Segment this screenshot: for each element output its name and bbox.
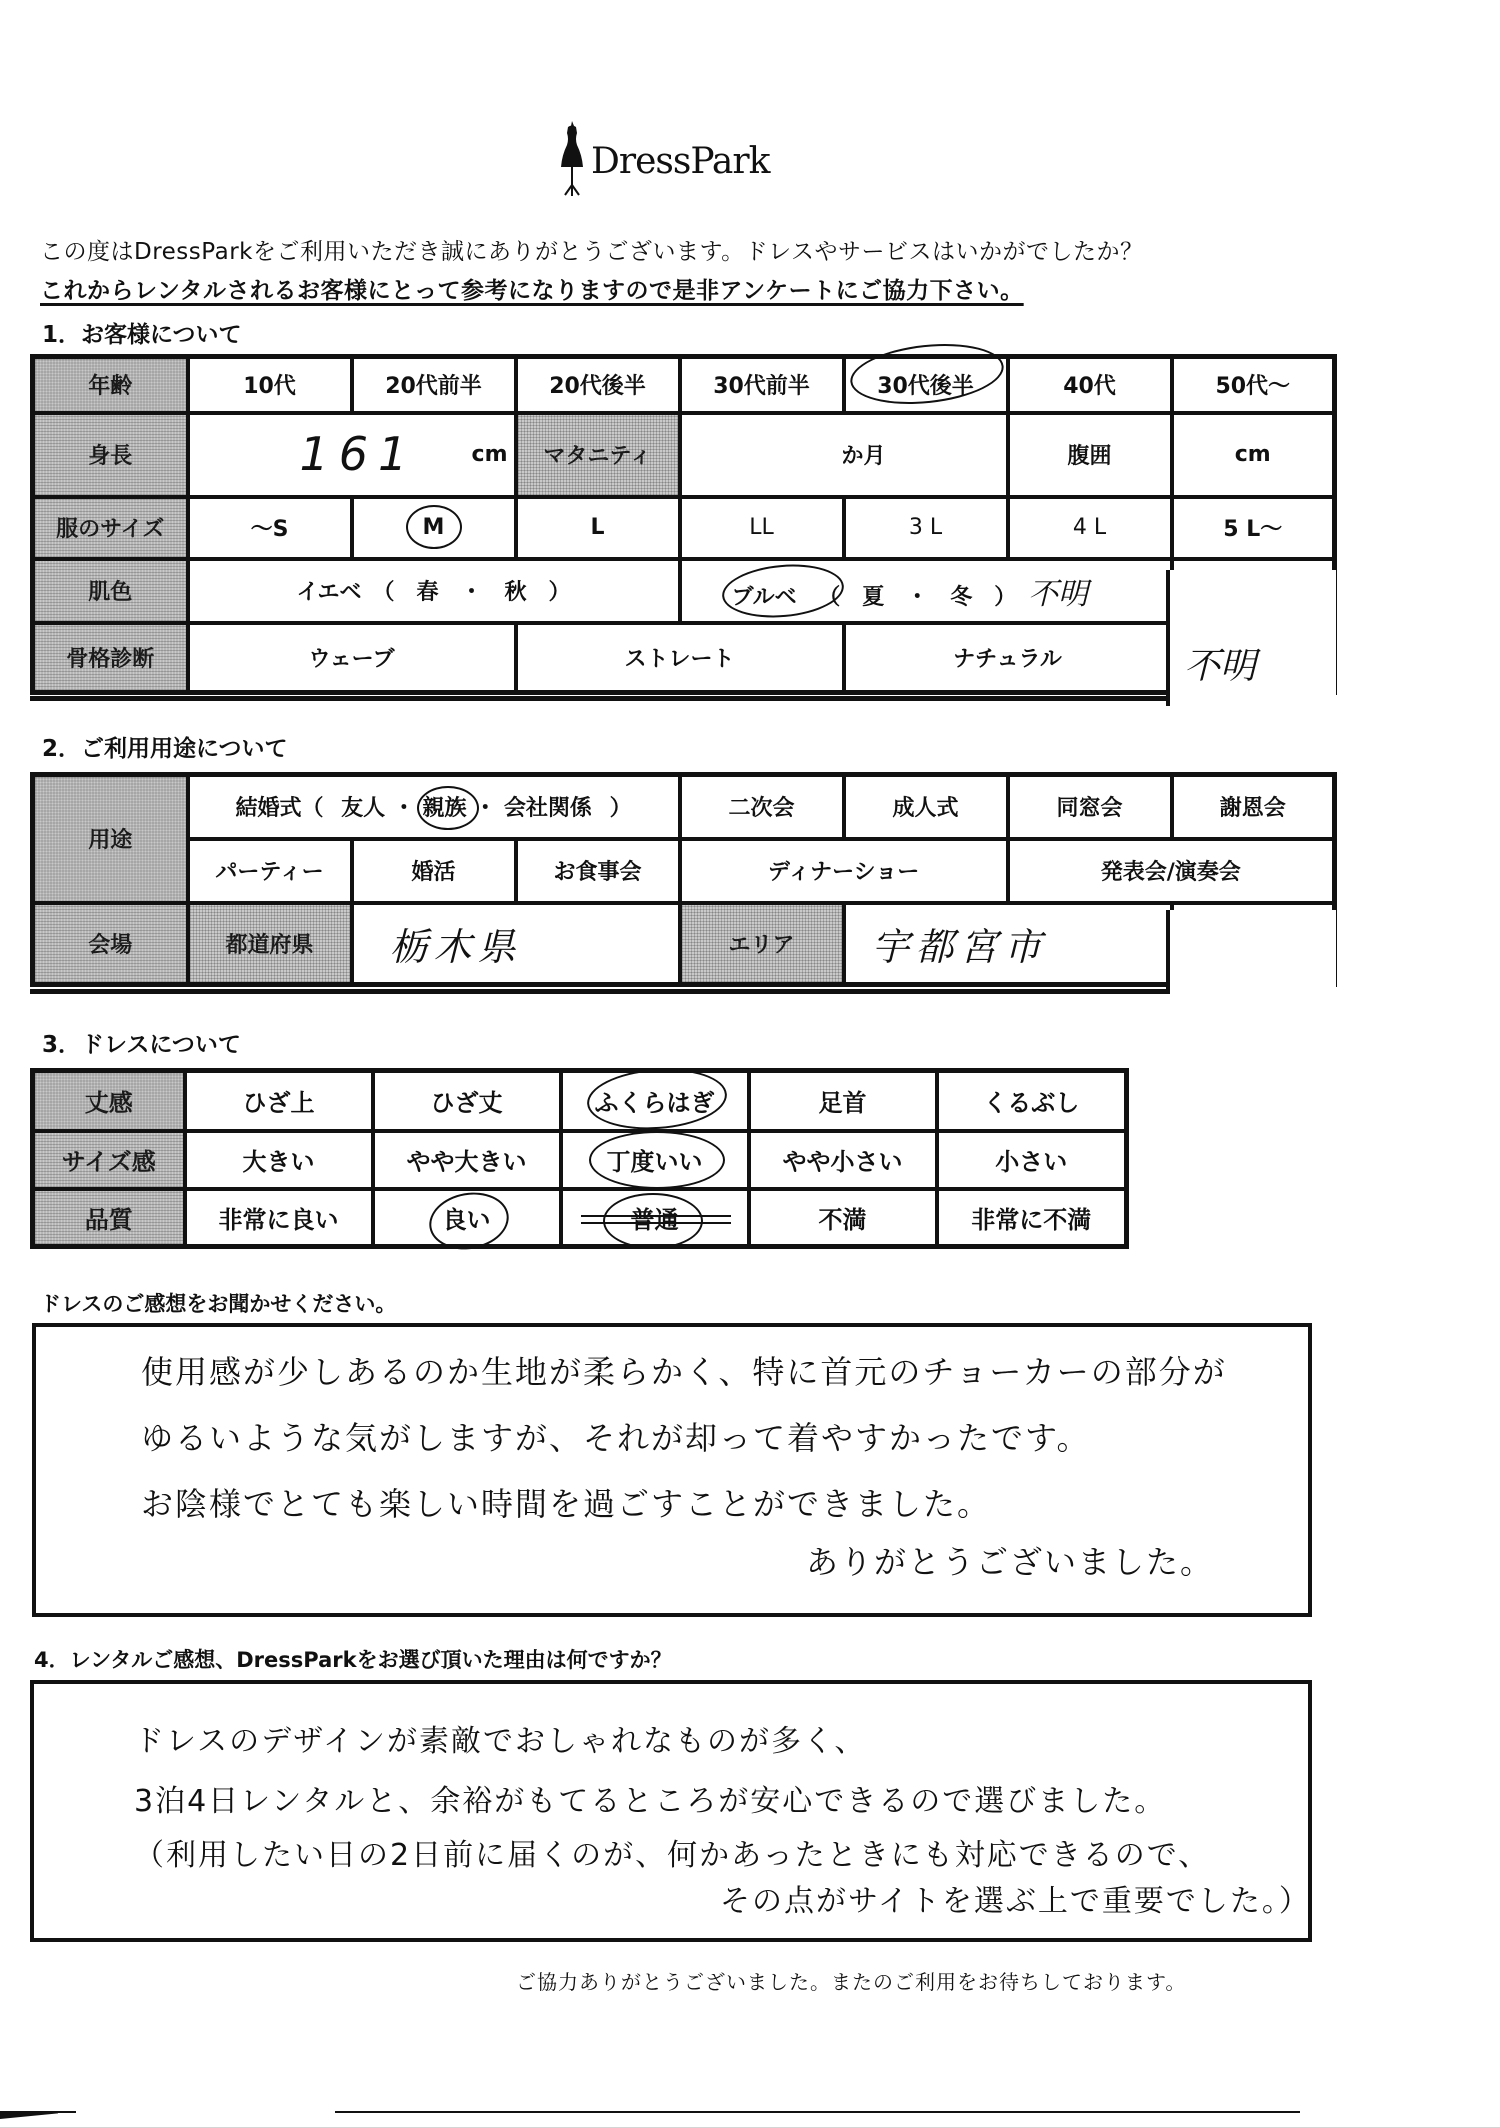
wedding-suffix: ）	[610, 796, 632, 821]
section3-heading: 3．ドレスについて	[42, 1026, 241, 1059]
quality-row: 品質 非常に良い 良い 普通 不満 非常に不満	[33, 1189, 1127, 1247]
usage-option[interactable]: ディナーショー	[680, 839, 1008, 903]
frame-option[interactable]: ウェーブ	[188, 623, 516, 693]
dress-form-icon	[555, 119, 589, 197]
quality-option-label: 良い	[443, 1206, 491, 1234]
skin-yellow-option[interactable]: イエベ （ 春 ・ 秋 ）	[188, 559, 680, 623]
fit-option-selected[interactable]: 丁度いい	[561, 1131, 749, 1189]
usage-option[interactable]: 発表会/演奏会	[1008, 839, 1335, 903]
age-option[interactable]: 30代前半	[680, 357, 844, 413]
intro-request: これからレンタルされるお客様にとって参考になりますので是非アンケートにご協力下さ…	[40, 272, 1024, 305]
wedding-prefix: 結婚式（	[235, 796, 323, 821]
height-value: 161	[300, 427, 418, 481]
age-option[interactable]: 10代	[188, 357, 352, 413]
age-option-selected[interactable]: 30代後半	[844, 357, 1008, 413]
reason-line: その点がサイトを選ぶ上で重要でした。）	[720, 1876, 1311, 1920]
maternity-field[interactable]: か月	[680, 413, 1008, 497]
fit-row: サイズ感 大きい やや大きい 丁度いい やや小さい 小さい	[33, 1131, 1127, 1189]
fit-option[interactable]: 小さい	[937, 1131, 1127, 1189]
size-row: 服のサイズ ～S M L LL 3 L 4 L 5 L～	[33, 497, 1335, 559]
wedding-friend[interactable]: 友人	[341, 796, 385, 821]
size-label: 服のサイズ	[33, 497, 188, 559]
age-option[interactable]: 50代～	[1172, 357, 1335, 413]
usage-row-1: 用途 結婚式（ 友人 ・ 親族 ・ 会社関係 ） 二次会 成人式 同窓会 謝恩会	[33, 775, 1335, 839]
dress-table: 丈感 ひざ上 ひざ丈 ふくらはぎ 足首 くるぶし サイズ感 大きい やや大きい …	[30, 1068, 1129, 1249]
frame-option[interactable]: ナチュラル	[844, 623, 1172, 693]
length-option[interactable]: ひざ上	[185, 1071, 373, 1131]
fit-option-label: 丁度いい	[607, 1148, 703, 1176]
reason-line: ドレスのデザインが素敵でおしゃれなものが多く、	[134, 1716, 866, 1760]
wedding-option[interactable]: 結婚式（ 友人 ・ 親族 ・ 会社関係 ）	[188, 775, 680, 839]
reason-box[interactable]: ドレスのデザインが素敵でおしゃれなものが多く、 3泊4日レンタルと、余裕がもてる…	[30, 1680, 1312, 1942]
table-bottom-border	[30, 989, 1170, 994]
bottom-rule	[58, 2111, 76, 2113]
usage-label: 用途	[33, 775, 188, 903]
quality-option[interactable]: 不満	[749, 1189, 937, 1247]
waist-label: 腹囲	[1008, 413, 1172, 497]
venue-label: 会場	[33, 903, 188, 985]
length-row: 丈感 ひざ上 ひざ丈 ふくらはぎ 足首 くるぶし	[33, 1071, 1127, 1131]
waist-unit: cm	[1235, 442, 1271, 467]
skin-row: 肌色 イエベ （ 春 ・ 秋 ） ブルベ （ 夏 ・ 冬 ） 不明	[33, 559, 1335, 623]
waist-field[interactable]: cm	[1172, 413, 1335, 497]
skin-blue-option[interactable]: ブルベ （ 夏 ・ 冬 ） 不明	[680, 559, 1172, 623]
size-option[interactable]: 4 L	[1008, 497, 1172, 559]
dresspark-logo: DressPark	[555, 118, 795, 198]
length-option-selected[interactable]: ふくらはぎ	[561, 1071, 749, 1131]
usage-option[interactable]: 婚活	[352, 839, 516, 903]
usage-option[interactable]: パーティー	[188, 839, 352, 903]
quality-option-label: 普通	[631, 1206, 679, 1234]
quality-option-selected[interactable]: 良い	[373, 1189, 561, 1247]
table-bottom-border	[30, 696, 1170, 701]
size-option[interactable]: ～S	[188, 497, 352, 559]
brand-name: DressPark	[591, 141, 769, 182]
quality-option-struck[interactable]: 普通	[561, 1189, 749, 1247]
skin-label: 肌色	[33, 559, 188, 623]
length-option-label: ふくらはぎ	[595, 1089, 715, 1117]
age-option[interactable]: 40代	[1008, 357, 1172, 413]
prefecture-field[interactable]: 栃木県	[352, 903, 680, 985]
usage-row-2: パーティー 婚活 お食事会 ディナーショー 発表会/演奏会	[33, 839, 1335, 903]
comment-line: お陰様でとても楽しい時間を過ごすことができました。	[141, 1479, 991, 1525]
footer-thanks: ご協力ありがとうございました。またのご利用をお待ちしております。	[516, 1966, 1186, 1995]
table-edge-mask: 不明	[1166, 570, 1336, 706]
section1-heading: 1．お客様について	[42, 316, 242, 349]
fit-option[interactable]: やや小さい	[749, 1131, 937, 1189]
height-label: 身長	[33, 413, 188, 497]
size-option[interactable]: L	[516, 497, 680, 559]
comments-box[interactable]: 使用感が少しあるのか生地が柔らかく、特に首元のチョーカーの部分が ゆるいような気…	[32, 1323, 1312, 1617]
length-option[interactable]: 足首	[749, 1071, 937, 1131]
age-row: 年齢 10代 20代前半 20代後半 30代前半 30代後半 40代 50代～	[33, 357, 1335, 413]
separator: ・	[393, 796, 415, 821]
length-label: 丈感	[33, 1071, 185, 1131]
strike-line	[581, 1222, 731, 1224]
prefecture-label: 都道府県	[188, 903, 352, 985]
size-option-label: M	[423, 515, 445, 540]
comment-line: 使用感が少しあるのか生地が柔らかく、特に首元のチョーカーの部分が	[141, 1347, 1227, 1393]
quality-option[interactable]: 非常に良い	[185, 1189, 373, 1247]
venue-row: 会場 都道府県 栃木県 エリア 宇都宮市	[33, 903, 1335, 985]
length-option[interactable]: ひざ丈	[373, 1071, 561, 1131]
age-option[interactable]: 20代後半	[516, 357, 680, 413]
fit-option[interactable]: 大きい	[185, 1131, 373, 1189]
section2-heading: 2．ご利用用途について	[42, 730, 288, 763]
reason-line: （利用したい日の2日前に届くのが、何かあったときにも対応できるので、	[134, 1830, 1210, 1874]
usage-option[interactable]: お食事会	[516, 839, 680, 903]
skin-blue-seasons: （ 夏 ・ 冬 ）	[818, 585, 1016, 610]
usage-table: 用途 結婚式（ 友人 ・ 親族 ・ 会社関係 ） 二次会 成人式 同窓会 謝恩会…	[30, 772, 1337, 987]
skin-blue-label: ブルベ	[732, 585, 797, 610]
maternity-unit: か月	[841, 444, 885, 469]
size-option-selected[interactable]: M	[352, 497, 516, 559]
skin-note: 不明	[1028, 577, 1088, 612]
height-unit: cm	[472, 442, 508, 467]
maternity-label: マタニティ	[516, 413, 680, 497]
customer-info-table: 年齢 10代 20代前半 20代後半 30代前半 30代後半 40代 50代～ …	[30, 354, 1337, 695]
length-option[interactable]: くるぶし	[937, 1071, 1127, 1131]
reason-line: 3泊4日レンタルと、余裕がもてるところが安心できるので選びました。	[134, 1776, 1166, 1820]
wedding-family-selected[interactable]: 親族	[423, 796, 475, 821]
scan-edge-mark	[0, 2111, 58, 2119]
area-label: エリア	[680, 903, 844, 985]
table-edge-mask	[1166, 910, 1336, 994]
usage-option[interactable]: 成人式	[844, 775, 1008, 839]
prefecture-value: 栃木県	[390, 925, 522, 969]
comments-heading: ドレスのご感想をお聞かせください。	[40, 1288, 396, 1318]
usage-option[interactable]: 謝恩会	[1172, 775, 1335, 839]
size-option[interactable]: 3 L	[844, 497, 1008, 559]
frame-label: 骨格診断	[33, 623, 188, 693]
fit-option[interactable]: やや大きい	[373, 1131, 561, 1189]
age-option-label: 30代後半	[877, 374, 974, 399]
frame-option[interactable]: ストレート	[516, 623, 844, 693]
quality-option[interactable]: 非常に不満	[937, 1189, 1127, 1247]
wedding-family: 親族	[423, 796, 467, 821]
comment-line: ゆるいような気がしますが、それが却って着やすかったです。	[141, 1413, 1090, 1459]
wedding-company[interactable]: 会社関係	[504, 796, 592, 821]
strike-line	[581, 1215, 731, 1217]
separator: ・	[474, 796, 496, 821]
intro-thanks: この度はDressParkをご利用いただき誠にありがとうございます。ドレスやサー…	[40, 233, 1143, 266]
bottom-rule	[800, 2111, 1300, 2113]
age-label: 年齢	[33, 357, 188, 413]
age-option[interactable]: 20代前半	[352, 357, 516, 413]
size-option[interactable]: 5 L～	[1172, 497, 1335, 559]
frame-note-text: 不明	[1184, 638, 1256, 689]
usage-option[interactable]: 二次会	[680, 775, 844, 839]
comment-line: ありがとうございました。	[806, 1537, 1214, 1583]
frame-row: 骨格診断 ウェーブ ストレート ナチュラル 不明	[33, 623, 1335, 693]
area-field[interactable]: 宇都宮市	[844, 903, 1172, 985]
area-value: 宇都宮市	[872, 925, 1048, 969]
quality-label: 品質	[33, 1189, 185, 1247]
section4-heading: 4．レンタルご感想、DressParkをお選び頂いた理由は何ですか？	[34, 1644, 672, 1674]
size-option[interactable]: LL	[680, 497, 844, 559]
usage-option[interactable]: 同窓会	[1008, 775, 1172, 839]
height-field[interactable]: 161 cm	[188, 413, 516, 497]
fit-label: サイズ感	[33, 1131, 185, 1189]
height-row: 身長 161 cm マタニティ か月 腹囲 cm	[33, 413, 1335, 497]
